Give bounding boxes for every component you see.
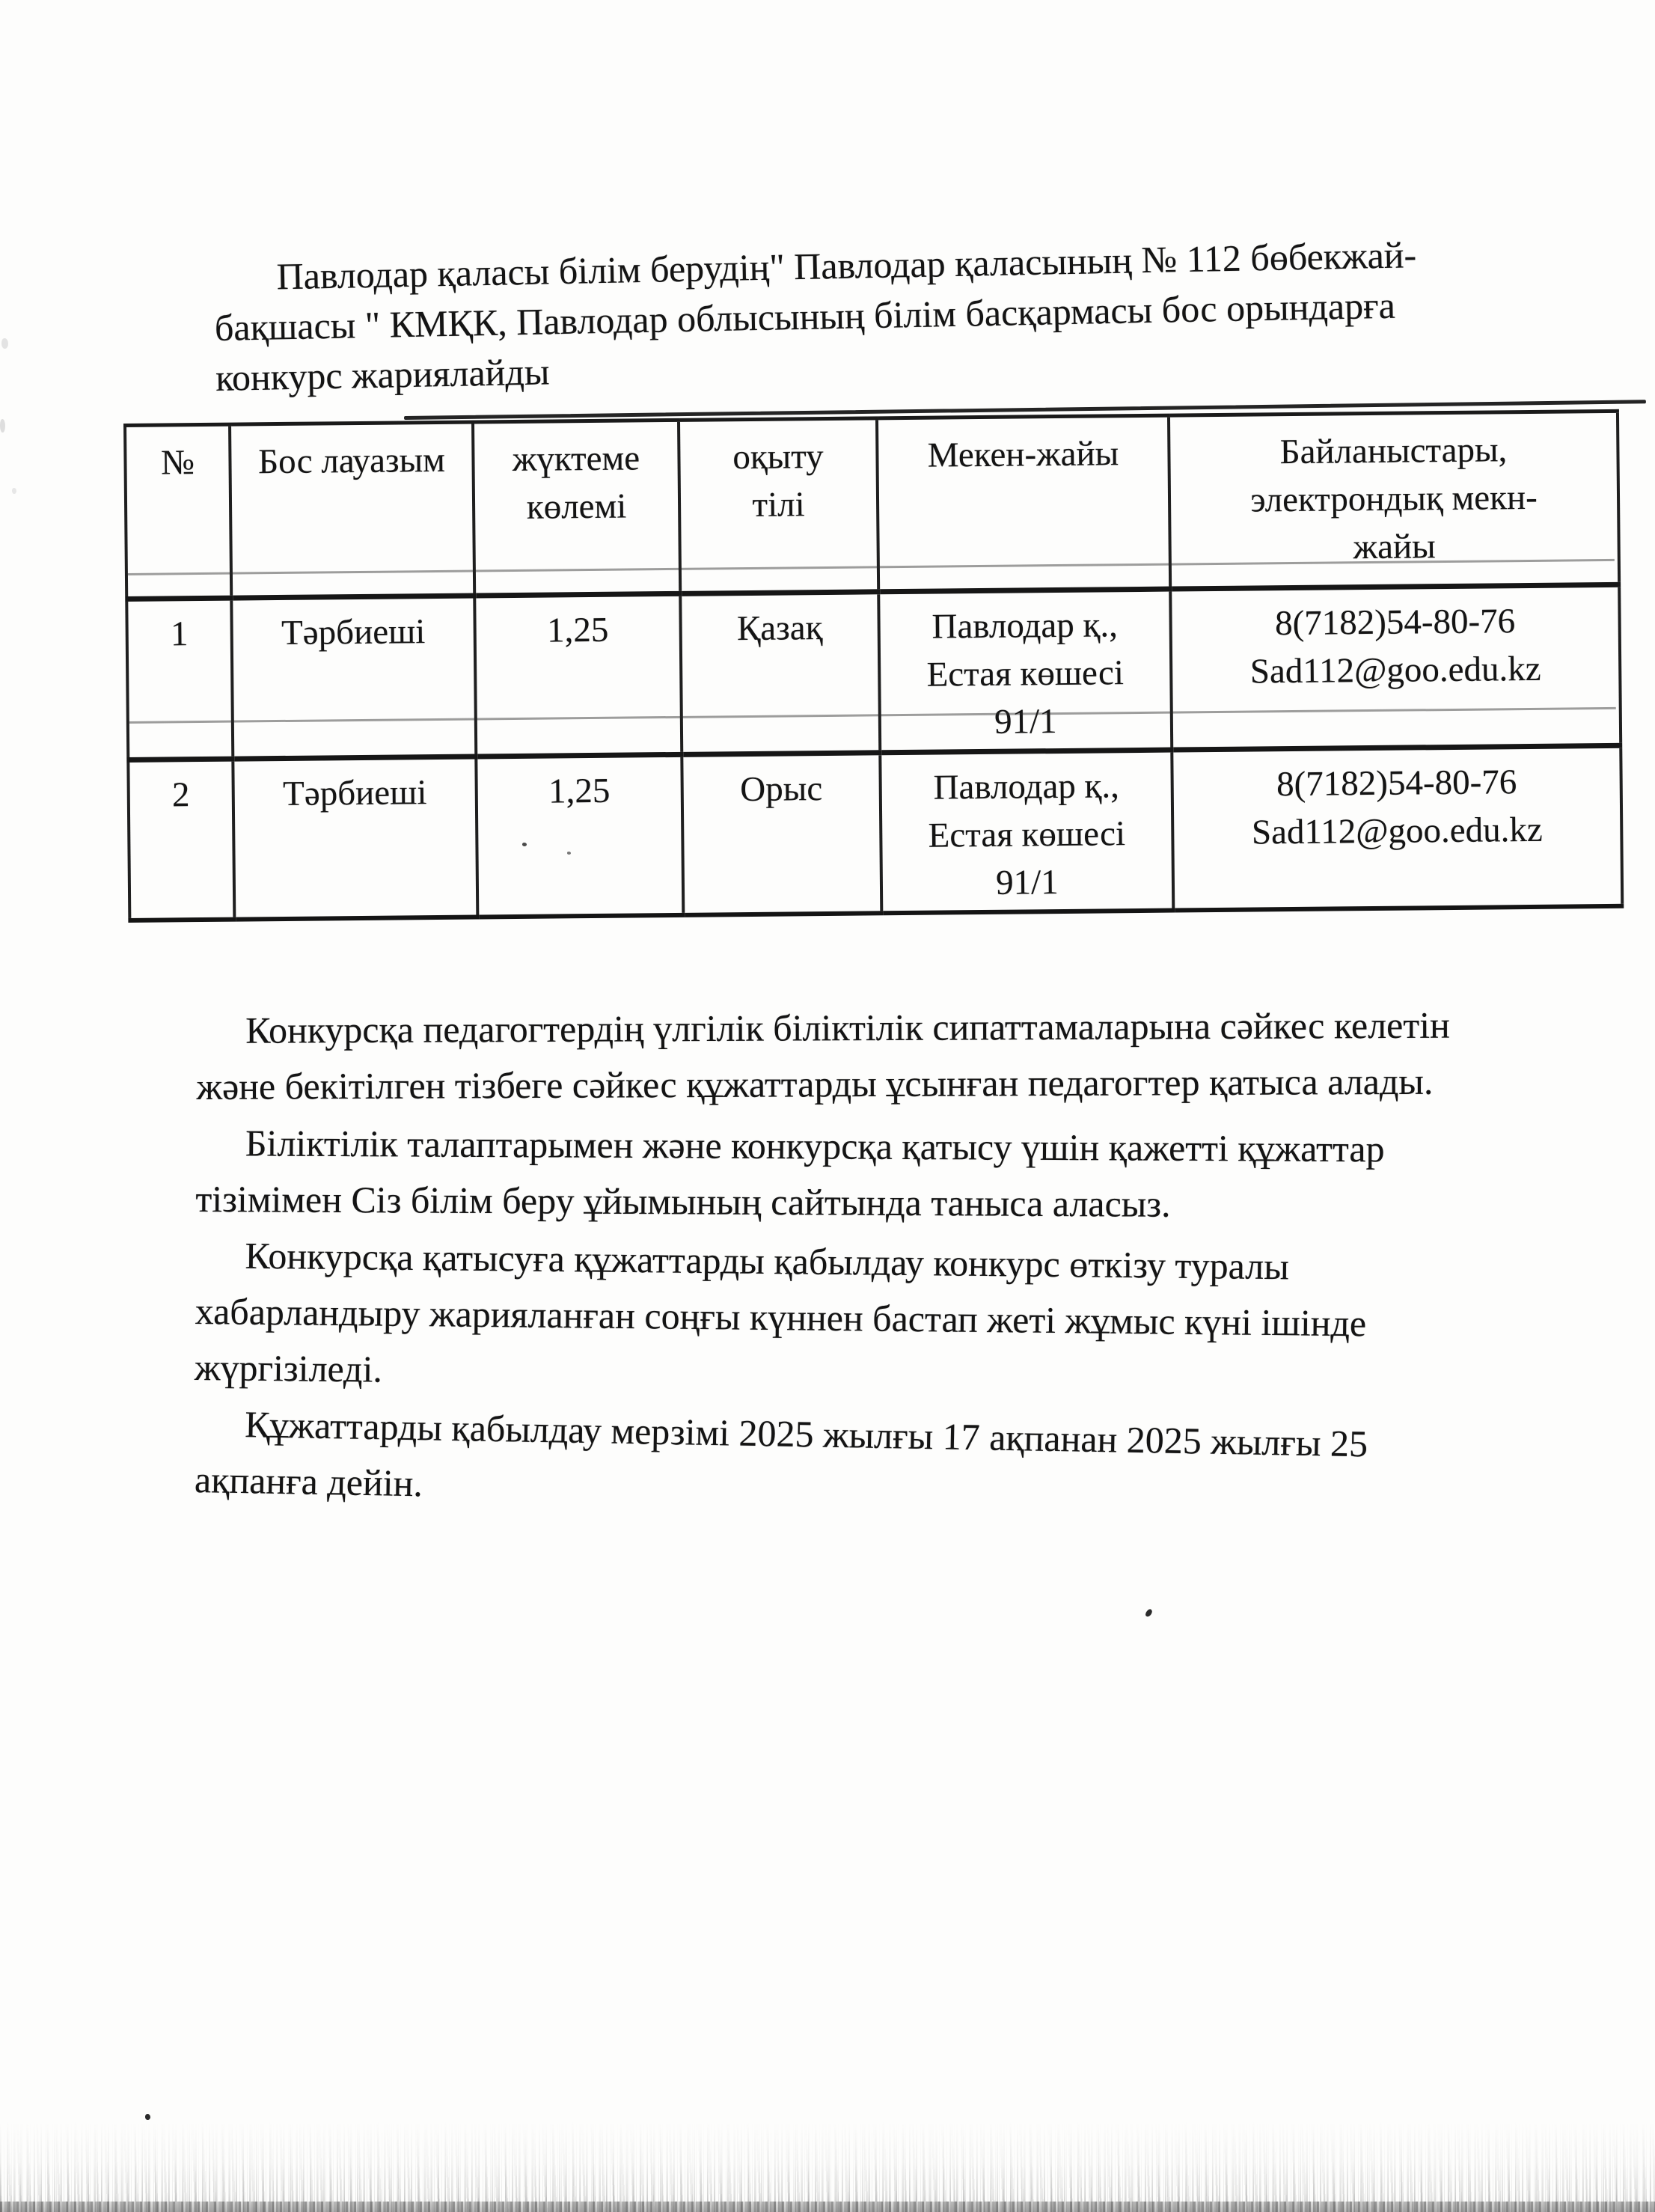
cell-load: 1,25 <box>474 593 682 757</box>
email-address: Sad112@goo.edu.kz <box>1174 805 1621 858</box>
paragraph-line: және бекітілген тізбеге сәйкес құжаттард… <box>196 1053 1618 1115</box>
scanned-document-page: Павлодар қаласы білім берудің" Павлодар … <box>0 0 1655 2212</box>
cell-text: Тәрбиеші <box>234 769 475 819</box>
cell-text: Орыс <box>683 764 879 814</box>
cell-language: Орыс <box>682 753 881 915</box>
header-text: Байланыстары, <box>1170 425 1617 477</box>
cell-position: Тәрбиеші <box>231 596 476 759</box>
ink-speck <box>145 2114 150 2120</box>
cell-number: 1 <box>126 598 233 760</box>
paragraph-line: Конкурсқа педагогтердің үлгілік біліктіл… <box>196 997 1618 1059</box>
cell-text: Қазақ <box>682 603 878 653</box>
header-text: жайы <box>1171 521 1618 573</box>
ink-speck <box>522 843 527 846</box>
header-text: Мекен-жайы <box>878 430 1168 480</box>
cell-language: Қазақ <box>680 592 880 755</box>
phone-number: 8(7182)54-80-76 <box>1172 596 1618 649</box>
cell-address: Павлодар қ., Естая көшесі 91/1 <box>878 589 1172 753</box>
cell-load: 1,25 <box>476 754 683 917</box>
header-text: № <box>126 439 229 487</box>
scan-smudge <box>12 488 16 494</box>
cell-text: Тәрбиеші <box>233 608 474 658</box>
vacancy-table: № Бос лауазым жүктеме көлемі оқыту тілі <box>123 409 1624 923</box>
ink-speck <box>567 852 571 855</box>
address-line: Естая көшесі <box>882 810 1172 861</box>
body-paragraph: Біліктілік талаптарымен және конкурсқа қ… <box>195 1115 1618 1235</box>
ink-speck <box>1144 1608 1153 1618</box>
cell-contact: 8(7182)54-80-76 Sad112@goo.edu.kz <box>1172 745 1622 910</box>
body-paragraph: Құжаттарды қабылдау мерзімі 2025 жылғы 1… <box>194 1396 1617 1533</box>
body-paragraph: Конкурсқа педагогтердің үлгілік біліктіл… <box>196 997 1618 1115</box>
phone-number: 8(7182)54-80-76 <box>1173 757 1620 810</box>
header-text: оқыту <box>680 432 876 482</box>
paragraph-line: тізімімен Сіз білім беру ұйымының сайтын… <box>195 1171 1617 1235</box>
cell-text: 2 <box>129 771 232 819</box>
header-text: тілі <box>681 480 877 530</box>
scan-smudge <box>0 419 5 433</box>
header-text: электрондық мекн- <box>1171 473 1618 525</box>
cell-contact: 8(7182)54-80-76 Sad112@goo.edu.kz <box>1170 584 1621 750</box>
address-line: 91/1 <box>883 858 1172 908</box>
address-line: 91/1 <box>881 697 1171 748</box>
body-paragraph: Конкурсқа қатысуға құжаттарды қабылдау к… <box>195 1227 1618 1411</box>
vacancy-row: 1 Тәрбиеші 1,25 Қазақ Павлодар қ., Естая… <box>126 584 1621 760</box>
address-line: Павлодар қ., <box>881 762 1171 813</box>
header-text: Бос лауазым <box>231 436 472 486</box>
cell-text: 1,25 <box>477 766 681 816</box>
header-text: көлемі <box>475 482 679 532</box>
cell-text: 1 <box>128 610 230 659</box>
paragraph-line: Біліктілік талаптарымен және конкурсқа қ… <box>196 1115 1618 1179</box>
cell-number: 2 <box>128 759 234 920</box>
vacancy-table-zone: № Бос лауазым жүктеме көлемі оқыту тілі <box>123 409 1621 923</box>
cell-position: Тәрбиеші <box>233 757 477 920</box>
address-line: Павлодар қ., <box>880 601 1169 652</box>
address-line: Естая көшесі <box>881 649 1170 700</box>
scanner-edge-noise <box>0 2202 1655 2212</box>
document-title: Павлодар қаласы білім берудің" Павлодар … <box>213 227 1578 403</box>
vacancy-row: 2 Тәрбиеші 1,25 Орыс Павлодар қ., Естая … <box>128 745 1622 920</box>
header-text: жүктеме <box>474 434 678 484</box>
scanner-noise-band <box>0 2122 1655 2212</box>
scan-smudge <box>1 338 8 349</box>
cell-text: 1,25 <box>476 605 679 656</box>
cell-address: Павлодар қ., Естая көшесі 91/1 <box>880 750 1173 913</box>
email-address: Sad112@goo.edu.kz <box>1172 644 1619 697</box>
